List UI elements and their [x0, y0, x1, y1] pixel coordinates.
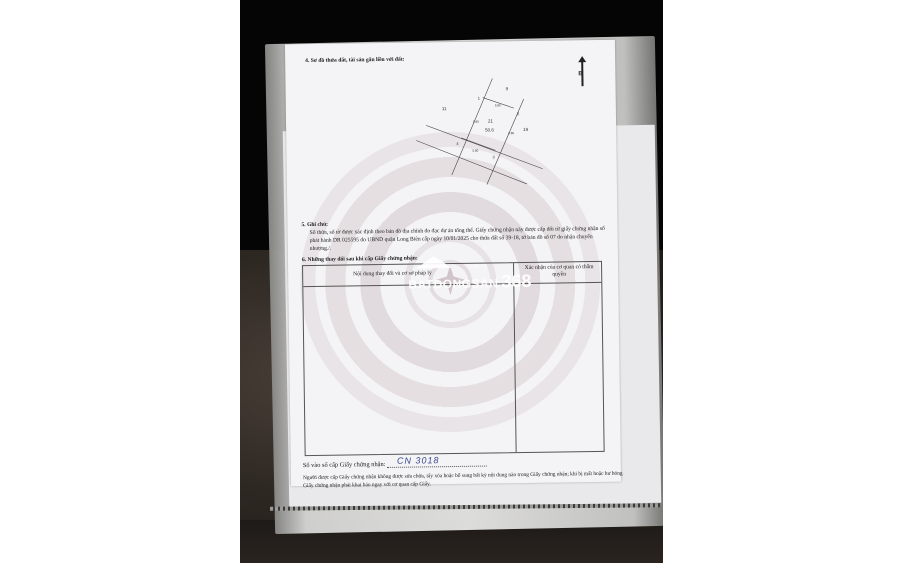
vertex-4: 4 — [456, 141, 459, 146]
watermark-number: 368 — [501, 271, 531, 291]
section5-note: Số thửa, số tờ được xác định theo bản đồ… — [310, 226, 610, 254]
register-label: Số vào sổ cấp Giấy chứng nhận: — [303, 461, 386, 469]
watermark-brand: BATDONGSAN — [408, 276, 498, 291]
register-value: CN 3018 — [397, 455, 440, 466]
edge-label-bottom: 5.80 — [472, 149, 478, 153]
vertex-1: 1 — [478, 96, 481, 101]
parcel-number: 21 — [488, 118, 494, 123]
house-roof-icon — [416, 256, 452, 269]
vertex-3: 3 — [492, 154, 495, 159]
land-plot-diagram: 9 11 19 21 50.6 1 2 3 4 5.80 8.80 8.80 5… — [345, 76, 546, 179]
north-label: B — [578, 71, 582, 77]
edge-label-left: 8.80 — [473, 120, 479, 124]
neighbor-11: 11 — [442, 106, 447, 111]
neighbor-19: 19 — [523, 127, 529, 132]
section4-title: 4. Sơ đồ thửa đất, tài sản gắn liền với … — [305, 57, 404, 64]
section5-title: 5. Ghi chú: — [301, 222, 328, 228]
vertex-2: 2 — [517, 111, 520, 116]
edge-label-right: 8.80 — [508, 131, 514, 135]
table-header-confirmation: Xác nhận của cơ quan có thẩm quyền — [521, 264, 597, 279]
edge-label-top: 5.80 — [495, 103, 501, 107]
batdongsan-watermark: .COM.VN BATDONGSAN368 — [408, 271, 531, 294]
watermark-domain: .COM.VN — [466, 264, 487, 270]
register-field: CN 3018 — [387, 458, 487, 468]
neighbor-9: 9 — [506, 86, 509, 91]
register-line: Số vào sổ cấp Giấy chứng nhận: CN 3018 — [303, 458, 487, 470]
certificate-page: 4. Sơ đồ thửa đất, tài sản gắn liền với … — [285, 40, 621, 487]
document-photo: 4. Sơ đồ thửa đất, tài sản gắn liền với … — [240, 0, 663, 563]
parcel-area: 50.6 — [485, 127, 494, 132]
